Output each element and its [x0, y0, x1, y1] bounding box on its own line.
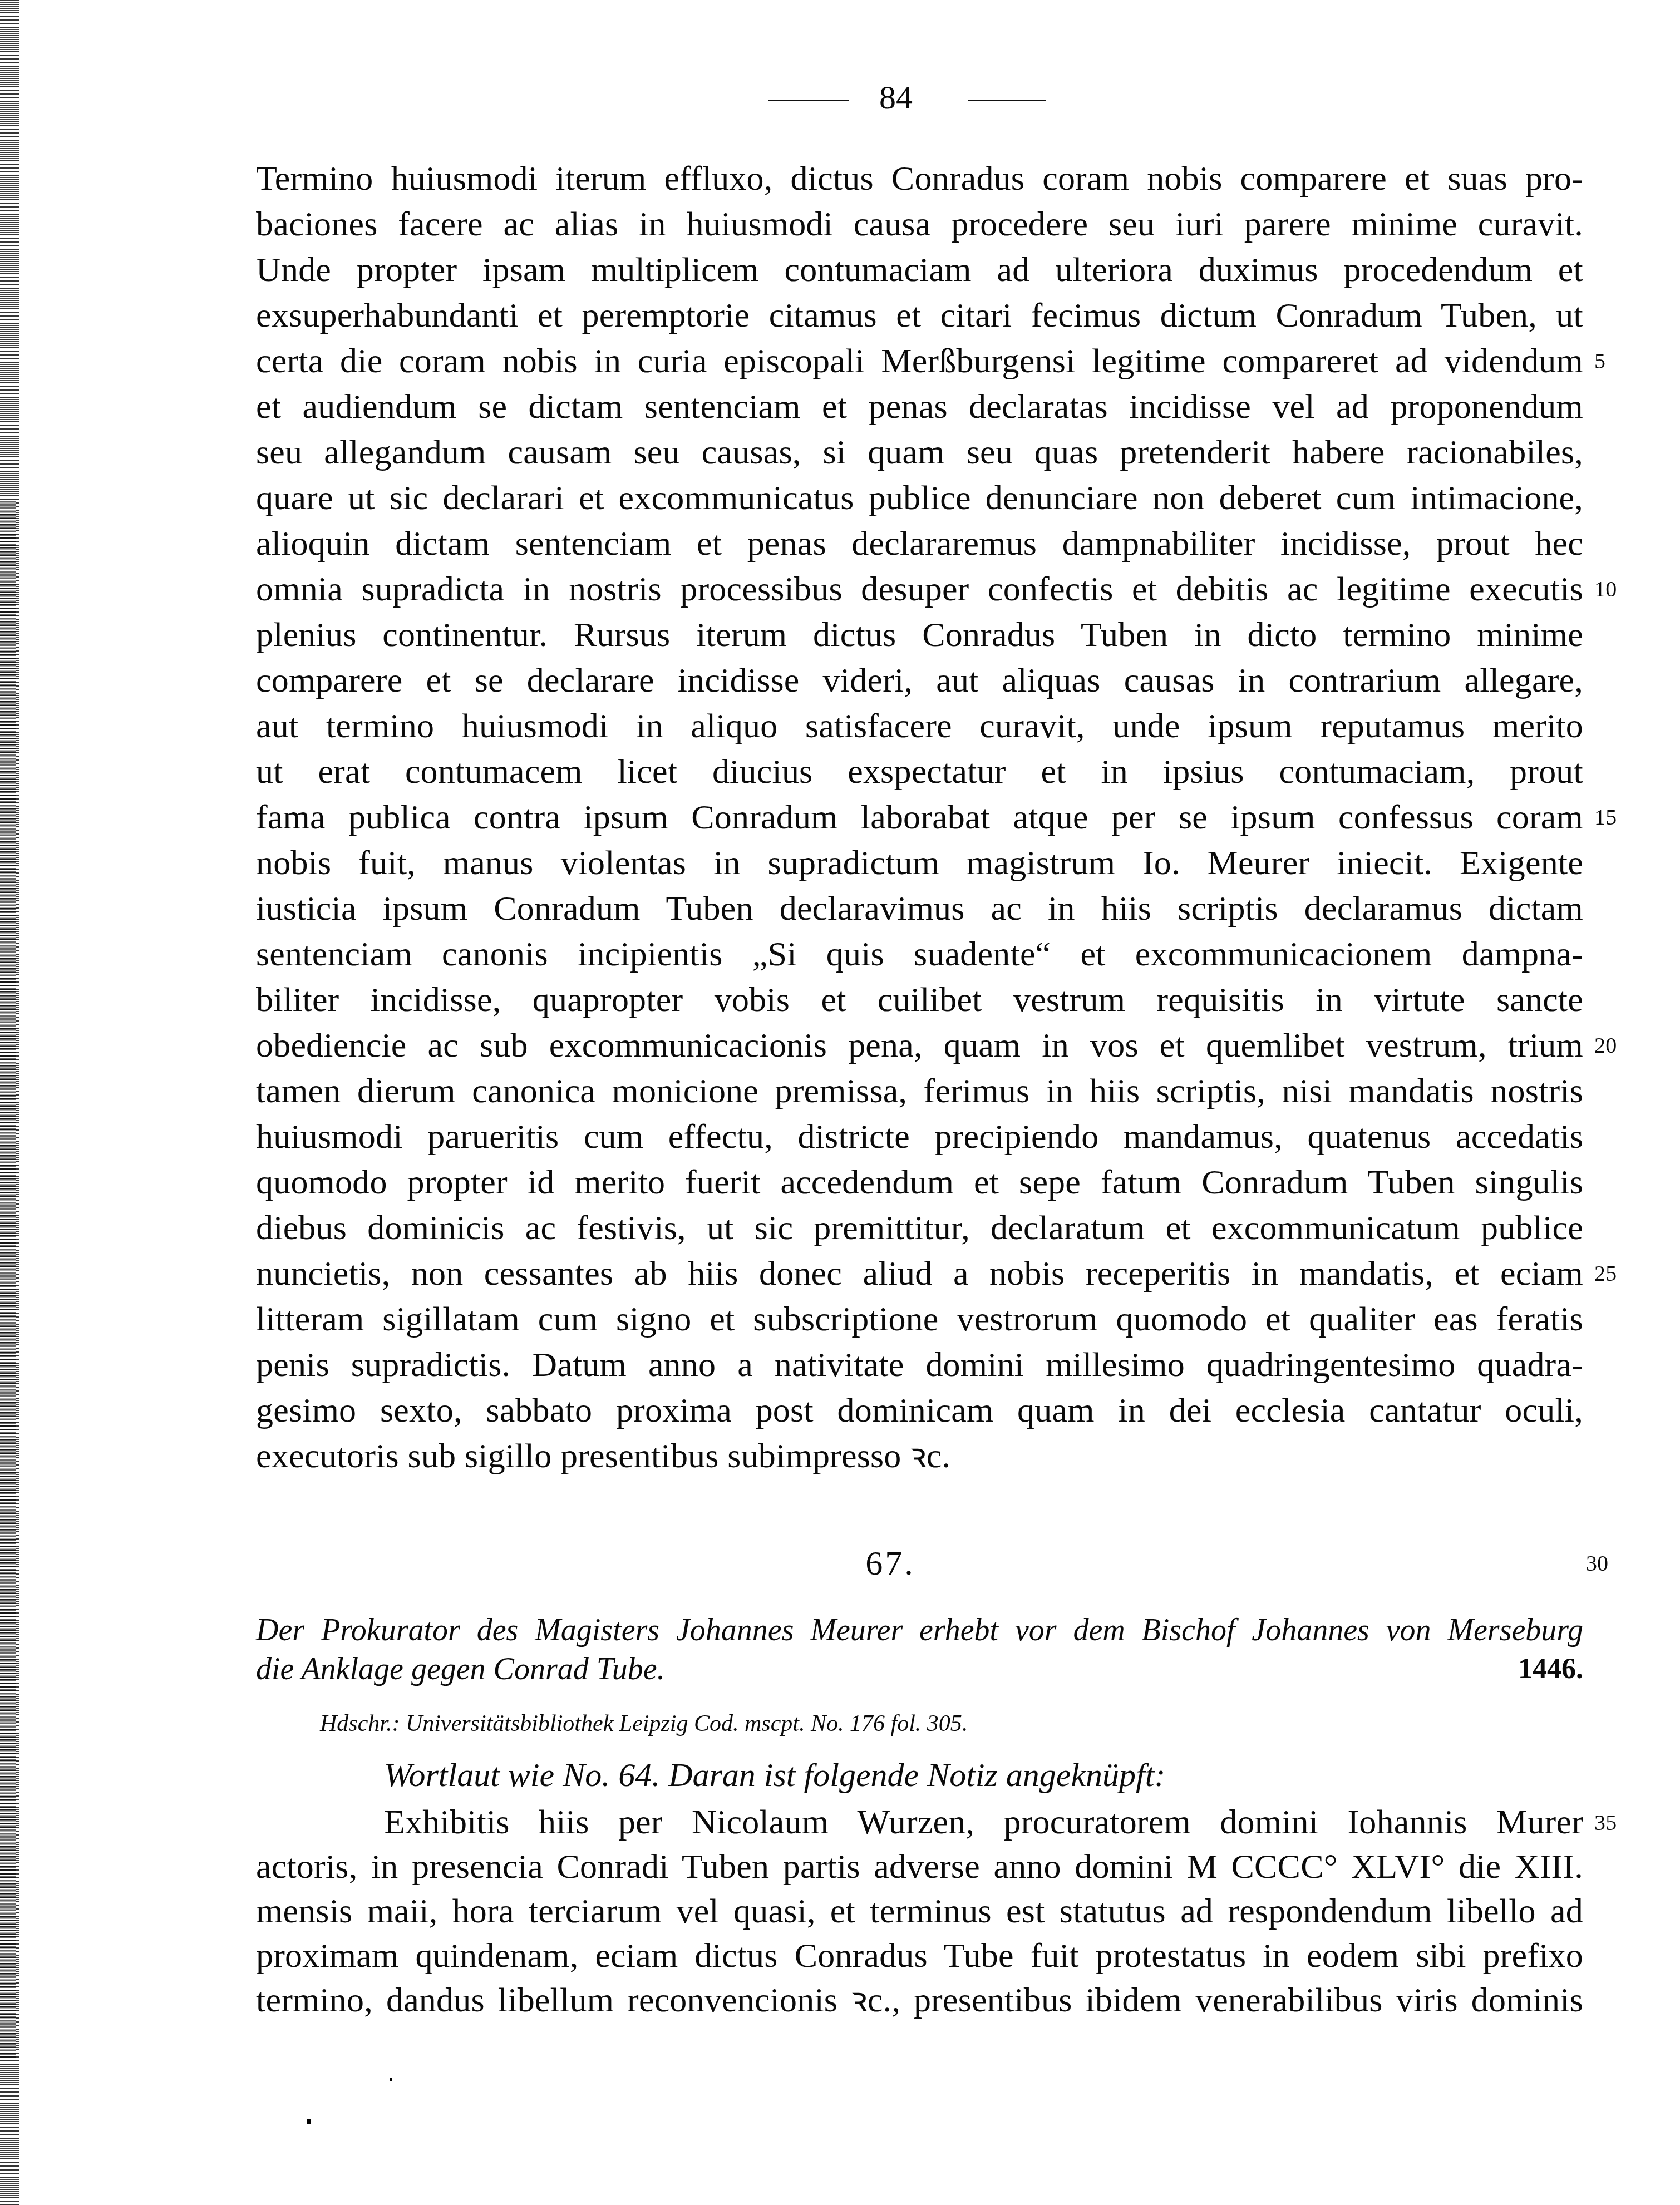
text-line: Termino huiusmodi iterum effluxo, dictus… — [256, 156, 1583, 201]
header-rule-left — [768, 100, 849, 101]
text-line: plenius continentur. Rursus iterum dictu… — [256, 612, 1583, 658]
page-number: 84 — [865, 75, 927, 120]
text-line: aut termino huiusmodi in aliquo satisfac… — [256, 703, 1583, 749]
document-regest-line-1: Der Prokurator des Magisters Johannes Me… — [256, 1611, 1583, 1650]
text-line: baciones facere ac alias in huiusmodi ca… — [256, 201, 1583, 247]
text-line: termino, dandus libellum reconvencionis … — [256, 1978, 1583, 2023]
text-line: ut erat contumacem licet diucius exspect… — [256, 749, 1583, 795]
page-header: 84 — [0, 75, 1680, 120]
scan-binding-shadow-lower — [0, 501, 16, 2059]
editorial-note: Wortlaut wie No. 64. Daran ist folgende … — [384, 1753, 1165, 1797]
document-number: 67. — [857, 1541, 924, 1586]
text-line: fama publica contra ipsum Conradum labor… — [256, 795, 1583, 840]
text-line: et audiendum se dictam sentenciam et pen… — [256, 384, 1583, 430]
line-number: 35 — [1594, 1800, 1617, 1846]
text-line: Unde propter ipsam multiplicem contumaci… — [256, 247, 1583, 293]
text-line: executoris sub sigillo presentibus subim… — [256, 1433, 1583, 1479]
text-line: quare ut sic declarari et excommunicatus… — [256, 475, 1583, 521]
line-number: 20 — [1594, 1023, 1617, 1068]
document-regest-line-2: die Anklage gegen Conrad Tube. — [256, 1650, 1583, 1689]
text-line: nuncietis, non cessantes ab hiis donec a… — [256, 1251, 1583, 1296]
text-line: nobis fuit, manus violentas in supradict… — [256, 840, 1583, 886]
text-line: litteram sigillatam cum signo et subscri… — [256, 1296, 1583, 1342]
text-line: proximam quindenam, eciam dictus Conradu… — [256, 1933, 1583, 1978]
document-text: Exhibitis hiis per Nicolaum Wurzen, proc… — [256, 1800, 1583, 2023]
text-line: omnia supradicta in nostris processibus … — [256, 566, 1583, 612]
text-line: iusticia ipsum Conradum Tuben declaravim… — [256, 886, 1583, 931]
manuscript-source: Hdschr.: Universitätsbibliothek Leipzig … — [320, 1708, 968, 1739]
line-number: 15 — [1594, 795, 1617, 840]
line-number: 25 — [1594, 1251, 1617, 1296]
text-line: alioquin dictam sentenciam et penas decl… — [256, 521, 1583, 566]
line-number: 10 — [1594, 566, 1617, 612]
text-line: Exhibitis hiis per Nicolaum Wurzen, proc… — [256, 1800, 1583, 1844]
scan-speck — [307, 2119, 311, 2124]
text-line: seu allegandum causam seu causas, si qua… — [256, 430, 1583, 475]
text-line: penis supradictis. Datum anno a nativita… — [256, 1342, 1583, 1388]
text-line: certa die coram nobis in curia episcopal… — [256, 338, 1583, 384]
line-number: 5 — [1594, 338, 1605, 384]
header-rule-right — [968, 100, 1046, 101]
text-line: tamen dierum canonica monicione premissa… — [256, 1068, 1583, 1114]
text-line: obediencie ac sub excommunicacionis pena… — [256, 1023, 1583, 1068]
text-line: gesimo sexto, sabbato proxima post domin… — [256, 1388, 1583, 1433]
text-line: exsuperhabundanti et peremptorie citamus… — [256, 293, 1583, 338]
document-body: Termino huiusmodi iterum effluxo, dictus… — [256, 156, 1583, 1479]
text-line: comparere et se declarare incidisse vide… — [256, 658, 1583, 703]
text-line: diebus dominicis ac festivis, ut sic pre… — [256, 1205, 1583, 1251]
document-year: 1446. — [1491, 1650, 1583, 1689]
text-line: actoris, in presencia Conradi Tuben part… — [256, 1844, 1583, 1889]
text-line: biliter incidisse, quapropter vobis et c… — [256, 977, 1583, 1023]
text-line: sentenciam canonis incipientis „Si quis … — [256, 931, 1583, 977]
text-line: mensis maii, hora terciarum vel quasi, e… — [256, 1889, 1583, 1933]
scan-speck — [390, 2078, 392, 2081]
text-line: quomodo propter id merito fuerit acceden… — [256, 1160, 1583, 1205]
text-line: huiusmodi parueritis cum effectu, distri… — [256, 1114, 1583, 1160]
line-number: 30 — [1586, 1541, 1608, 1586]
